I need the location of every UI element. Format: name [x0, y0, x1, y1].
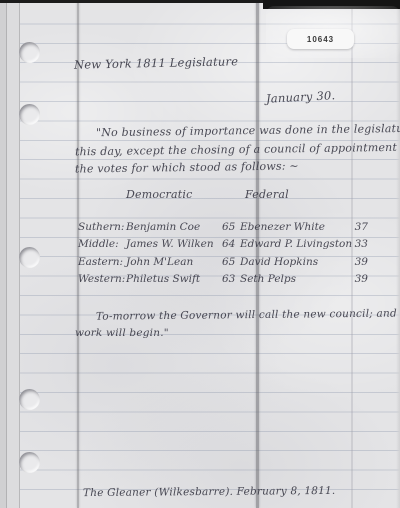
dem-name-cell: John M'Lean	[126, 256, 222, 268]
document-scan: 10643 New York 1811 Legislature January …	[0, 0, 400, 508]
catalog-number: 10643	[307, 35, 334, 44]
table-row: Western: Philetus Swift 63 Seth Pelps 39	[78, 273, 378, 287]
body-line: this day, except the chosing of a counci…	[75, 141, 400, 159]
note-title: New York 1811 Legislature	[74, 54, 238, 71]
column-header-democratic: Democratic	[126, 188, 192, 201]
district-cell: Middle:	[78, 238, 126, 250]
district-cell: Suthern:	[78, 221, 126, 233]
fed-votes-cell: 39	[346, 273, 368, 285]
page-right-shadow	[396, 0, 400, 508]
column-header-federal: Federal	[245, 188, 289, 201]
fed-name-cell: Ebenezer White	[240, 221, 346, 233]
district-cell: Eastern:	[78, 256, 126, 268]
vote-table: Suthern: Benjamin Coe 65 Ebenezer White …	[78, 221, 378, 291]
closing-line: work will begin."	[75, 327, 169, 339]
closing-line: To-morrow the Governor will call the new…	[96, 307, 400, 322]
fed-votes-cell: 33	[346, 238, 368, 250]
body-line: the votes for which stood as follows: ~	[75, 159, 299, 175]
table-row: Eastern: John M'Lean 65 David Hopkins 39	[78, 256, 378, 270]
source-citation: The Gleaner (Wilkesbarre). February 8, 1…	[83, 485, 336, 499]
dem-name-cell: James W. Wilken	[126, 238, 222, 250]
table-row: Suthern: Benjamin Coe 65 Ebenezer White …	[78, 221, 378, 235]
fed-name-cell: Seth Pelps	[240, 273, 346, 285]
district-cell: Western:	[78, 273, 126, 285]
fed-name-cell: David Hopkins	[240, 256, 346, 268]
catalog-label: 10643	[287, 29, 354, 49]
dem-name-cell: Benjamin Coe	[126, 221, 222, 233]
punch-hole	[19, 42, 40, 63]
fed-name-cell: Edward P. Livingston	[240, 238, 346, 250]
body-line: "No business of importance was done in t…	[96, 122, 400, 139]
dem-votes-cell: 65	[222, 221, 240, 233]
punch-hole	[19, 452, 40, 473]
dem-votes-cell: 63	[222, 273, 240, 285]
dem-votes-cell: 64	[222, 238, 240, 250]
dem-votes-cell: 65	[222, 256, 240, 268]
fed-votes-cell: 37	[346, 221, 368, 233]
punch-hole	[19, 104, 40, 125]
table-row: Middle: James W. Wilken 64 Edward P. Liv…	[78, 238, 378, 252]
dem-name-cell: Philetus Swift	[126, 273, 222, 285]
punch-hole	[19, 389, 40, 410]
date-line: January 30.	[266, 88, 336, 106]
fed-votes-cell: 39	[346, 256, 368, 268]
punch-hole	[19, 247, 40, 268]
page-under-edge	[7, 0, 19, 508]
